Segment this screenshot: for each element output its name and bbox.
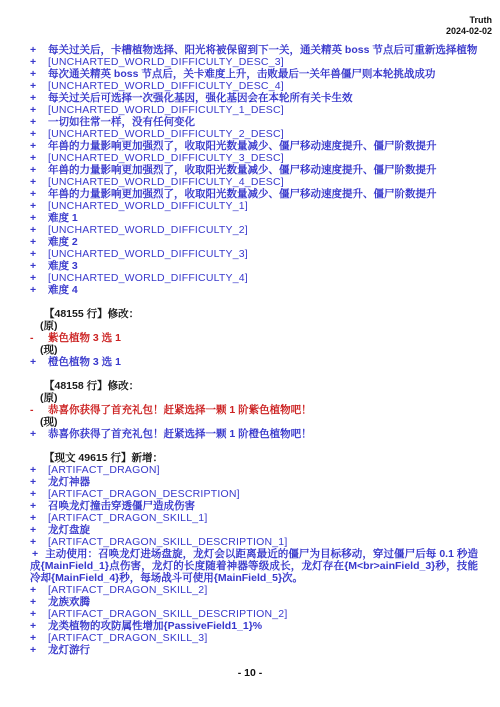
version-label: (现) (30, 344, 478, 356)
blank-line (30, 296, 478, 308)
plus-marker: + (30, 596, 48, 608)
added-line: +每次通关精英 boss 节点后，关卡难度上升，击败最后一关年兽僵尸则本轮挑战成… (30, 68, 478, 80)
added-line: +[ARTIFACT_DRAGON_SKILL_3] (30, 632, 478, 644)
plus-marker: + (30, 356, 48, 368)
document-date: 2024-02-02 (446, 26, 492, 37)
plus-marker: + (30, 428, 48, 440)
line-text: 难度 3 (48, 260, 78, 272)
added-line: +难度 3 (30, 260, 478, 272)
line-text: 难度 1 (48, 212, 78, 224)
added-line: +[UNCHARTED_WORLD_DIFFICULTY_4_DESC] (30, 176, 478, 188)
plus-marker: + (30, 92, 48, 104)
plus-marker: + (30, 140, 48, 152)
deleted-line: -恭喜你获得了首充礼包！赶紧选择一颗 1 阶紫色植物吧！ (30, 404, 478, 416)
plus-marker: + (30, 80, 48, 92)
line-text: 龙灯神器 (48, 476, 90, 488)
line-text: 恭喜你获得了首充礼包！赶紧选择一颗 1 阶紫色植物吧！ (48, 404, 312, 416)
plus-marker: + (30, 608, 48, 620)
blank-line (30, 368, 478, 380)
added-line: +[UNCHARTED_WORLD_DIFFICULTY_4] (30, 272, 478, 284)
section-header: 【现文 49615 行】新增： (30, 452, 478, 464)
added-line: +每关过关后可选择一次强化基因，强化基因会在本轮所有关卡生效 (30, 92, 478, 104)
line-text: 年兽的力量影响更加强烈了，收取阳光数量减少、僵尸移动速度提升、僵尸阶数提升 (48, 164, 437, 176)
line-text: 主动使用：召唤龙灯进场盘旋，龙灯会以距离最近的僵尸为目标移动，穿过僵尸后每 0.… (30, 548, 478, 584)
added-line: +龙灯神器 (30, 476, 478, 488)
added-line: +难度 1 (30, 212, 478, 224)
plus-marker: + (30, 236, 48, 248)
blank-line (30, 440, 478, 452)
added-line: +[ARTIFACT_DRAGON_SKILL_1] (30, 512, 478, 524)
line-text: [UNCHARTED_WORLD_DIFFICULTY_4_DESC] (48, 176, 284, 188)
added-line: +召唤龙灯撞击穿透僵尸造成伤害 (30, 500, 478, 512)
section-header: 【48158 行】修改： (30, 380, 478, 392)
document-page: Truth 2024-02-02 +每关过关后，卡槽植物选择、阳光将被保留到下一… (0, 0, 500, 707)
line-text: 难度 2 (48, 236, 78, 248)
line-text: [UNCHARTED_WORLD_DIFFICULTY_2] (48, 224, 248, 236)
plus-marker: + (30, 512, 48, 524)
added-line: +[UNCHARTED_WORLD_DIFFICULTY_3] (30, 248, 478, 260)
added-line: +[UNCHARTED_WORLD_DIFFICULTY_2] (30, 224, 478, 236)
plus-marker: + (30, 284, 48, 296)
added-line: +一切如往常一样，没有任何变化 (30, 116, 478, 128)
plus-marker: + (30, 500, 48, 512)
line-text: 每次通关精英 boss 节点后，关卡难度上升，击败最后一关年兽僵尸则本轮挑战成功 (48, 68, 435, 80)
section-header: 【48155 行】修改： (30, 308, 478, 320)
plus-marker: + (30, 536, 48, 548)
line-text: 年兽的力量影响更加强烈了，收取阳光数量减少、僵尸移动速度提升、僵尸阶数提升 (48, 140, 437, 152)
plus-marker: + (30, 104, 48, 116)
added-line: +龙灯游行 (30, 644, 478, 656)
plus-marker: + (30, 644, 48, 656)
line-text: 每关过关后，卡槽植物选择、阳光将被保留到下一关，通关精英 boss 节点后可重新… (48, 44, 477, 56)
plus-marker: + (30, 248, 48, 260)
line-text: 恭喜你获得了首充礼包！赶紧选择一颗 1 阶橙色植物吧！ (48, 428, 312, 440)
plus-marker: + (30, 128, 48, 140)
plus-marker: + (30, 164, 48, 176)
deleted-line: -紫色植物 3 选 1 (30, 332, 478, 344)
diff-lines: +每关过关后，卡槽植物选择、阳光将被保留到下一关，通关精英 boss 节点后可重… (30, 44, 478, 656)
line-text: [UNCHARTED_WORLD_DIFFICULTY_2_DESC] (48, 128, 284, 140)
plus-marker: + (30, 260, 48, 272)
line-text: [UNCHARTED_WORLD_DIFFICULTY_3] (48, 248, 248, 260)
added-line: +[ARTIFACT_DRAGON_SKILL_DESCRIPTION_2] (30, 608, 478, 620)
plus-marker: + (30, 464, 48, 476)
plus-marker: + (30, 272, 48, 284)
added-line: +[UNCHARTED_WORLD_DIFFICULTY_2_DESC] (30, 128, 478, 140)
version-label: (原) (30, 392, 478, 404)
line-text: 龙灯游行 (48, 644, 90, 656)
added-line: +[UNCHARTED_WORLD_DIFFICULTY_DESC_4] (30, 80, 478, 92)
added-line: +[UNCHARTED_WORLD_DIFFICULTY_1_DESC] (30, 104, 478, 116)
plus-marker: + (30, 488, 48, 500)
plus-marker: + (30, 224, 48, 236)
document-header: Truth 2024-02-02 (446, 15, 492, 37)
line-text: 一切如往常一样，没有任何变化 (48, 116, 195, 128)
line-text: [UNCHARTED_WORLD_DIFFICULTY_4] (48, 272, 248, 284)
added-line: +主动使用：召唤龙灯进场盘旋，龙灯会以距离最近的僵尸为目标移动，穿过僵尸后每 0… (30, 548, 478, 584)
line-text: 紫色植物 3 选 1 (48, 332, 121, 344)
added-line: +年兽的力量影响更加强烈了，收取阳光数量减少、僵尸移动速度提升、僵尸阶数提升 (30, 164, 478, 176)
plus-marker: + (30, 56, 48, 68)
line-text: 龙族欢腾 (48, 596, 90, 608)
line-text: [ARTIFACT_DRAGON_SKILL_DESCRIPTION_1] (48, 536, 287, 548)
line-text: [UNCHARTED_WORLD_DIFFICULTY_1] (48, 200, 248, 212)
line-text: 年兽的力量影响更加强烈了，收取阳光数量减少、僵尸移动速度提升、僵尸阶数提升 (48, 188, 437, 200)
line-text: [ARTIFACT_DRAGON_DESCRIPTION] (48, 488, 240, 500)
document-title: Truth (446, 15, 492, 26)
minus-marker: - (30, 404, 48, 416)
line-text: [UNCHARTED_WORLD_DIFFICULTY_DESC_3] (48, 56, 284, 68)
added-line: +橙色植物 3 选 1 (30, 356, 478, 368)
plus-marker: + (30, 584, 48, 596)
added-line: +难度 2 (30, 236, 478, 248)
line-text: 龙灯盘旋 (48, 524, 90, 536)
added-line: +年兽的力量影响更加强烈了，收取阳光数量减少、僵尸移动速度提升、僵尸阶数提升 (30, 188, 478, 200)
line-text: [ARTIFACT_DRAGON_SKILL_DESCRIPTION_2] (48, 608, 287, 620)
line-text: 召唤龙灯撞击穿透僵尸造成伤害 (48, 500, 195, 512)
plus-marker: + (32, 548, 38, 560)
added-line: +年兽的力量影响更加强烈了，收取阳光数量减少、僵尸移动速度提升、僵尸阶数提升 (30, 140, 478, 152)
plus-marker: + (30, 152, 48, 164)
line-text: 难度 4 (48, 284, 78, 296)
page-number: - 10 - (0, 667, 500, 679)
plus-marker: + (30, 200, 48, 212)
line-text: 橙色植物 3 选 1 (48, 356, 121, 368)
added-line: +龙灯盘旋 (30, 524, 478, 536)
added-line: +每关过关后，卡槽植物选择、阳光将被保留到下一关，通关精英 boss 节点后可重… (30, 44, 478, 56)
added-line: +[UNCHARTED_WORLD_DIFFICULTY_DESC_3] (30, 56, 478, 68)
line-text: [ARTIFACT_DRAGON] (48, 464, 160, 476)
added-line: +龙族欢腾 (30, 596, 478, 608)
plus-marker: + (30, 632, 48, 644)
plus-marker: + (30, 524, 48, 536)
added-line: +[UNCHARTED_WORLD_DIFFICULTY_1] (30, 200, 478, 212)
minus-marker: - (30, 332, 48, 344)
added-line: +难度 4 (30, 284, 478, 296)
plus-marker: + (30, 68, 48, 80)
version-label: (现) (30, 416, 478, 428)
added-line: +[ARTIFACT_DRAGON] (30, 464, 478, 476)
added-line: +龙类植物的攻防属性增加{PassiveField1_1}% (30, 620, 478, 632)
plus-marker: + (30, 188, 48, 200)
plus-marker: + (30, 44, 48, 56)
line-text: [UNCHARTED_WORLD_DIFFICULTY_1_DESC] (48, 104, 284, 116)
line-text: 每关过关后可选择一次强化基因，强化基因会在本轮所有关卡生效 (48, 92, 353, 104)
line-text: [UNCHARTED_WORLD_DIFFICULTY_DESC_4] (48, 80, 284, 92)
plus-marker: + (30, 620, 48, 632)
plus-marker: + (30, 176, 48, 188)
plus-marker: + (30, 116, 48, 128)
added-line: +恭喜你获得了首充礼包！赶紧选择一颗 1 阶橙色植物吧！ (30, 428, 478, 440)
added-line: +[ARTIFACT_DRAGON_SKILL_2] (30, 584, 478, 596)
plus-marker: + (30, 212, 48, 224)
version-label: (原) (30, 320, 478, 332)
added-line: +[UNCHARTED_WORLD_DIFFICULTY_3_DESC] (30, 152, 478, 164)
line-text: [ARTIFACT_DRAGON_SKILL_2] (48, 584, 207, 596)
added-line: +[ARTIFACT_DRAGON_DESCRIPTION] (30, 488, 478, 500)
line-text: [ARTIFACT_DRAGON_SKILL_3] (48, 632, 207, 644)
line-text: [ARTIFACT_DRAGON_SKILL_1] (48, 512, 207, 524)
added-line: +[ARTIFACT_DRAGON_SKILL_DESCRIPTION_1] (30, 536, 478, 548)
plus-marker: + (30, 476, 48, 488)
line-text: 龙类植物的攻防属性增加{PassiveField1_1}% (48, 620, 262, 632)
line-text: [UNCHARTED_WORLD_DIFFICULTY_3_DESC] (48, 152, 284, 164)
